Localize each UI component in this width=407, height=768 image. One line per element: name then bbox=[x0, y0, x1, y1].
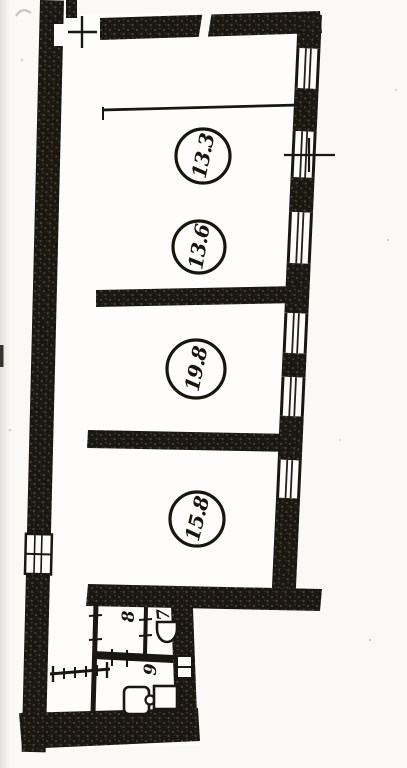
window-icon bbox=[283, 313, 309, 354]
sink-icon bbox=[157, 622, 177, 642]
window-icon bbox=[287, 212, 313, 264]
duct-icon bbox=[177, 667, 192, 678]
window-icon bbox=[276, 460, 302, 499]
window-icon bbox=[295, 48, 321, 89]
room-number-label-7: 7 bbox=[154, 609, 175, 622]
wall-stub-top bbox=[66, 0, 77, 18]
floor-plan-scan: 13.3 13.6 19.8 15.8 8 9 7 bbox=[0, 0, 407, 768]
scan-edge-shade bbox=[0, 0, 10, 768]
window-icon bbox=[280, 377, 306, 417]
stove-icon bbox=[154, 686, 177, 709]
room-number-label-9: 9 bbox=[141, 664, 162, 676]
window-icon bbox=[25, 534, 52, 575]
duct-icon bbox=[177, 656, 192, 667]
scan-smudge bbox=[16, 10, 31, 16]
room-number-label-8: 8 bbox=[119, 612, 139, 623]
wall-notch bbox=[54, 24, 65, 46]
